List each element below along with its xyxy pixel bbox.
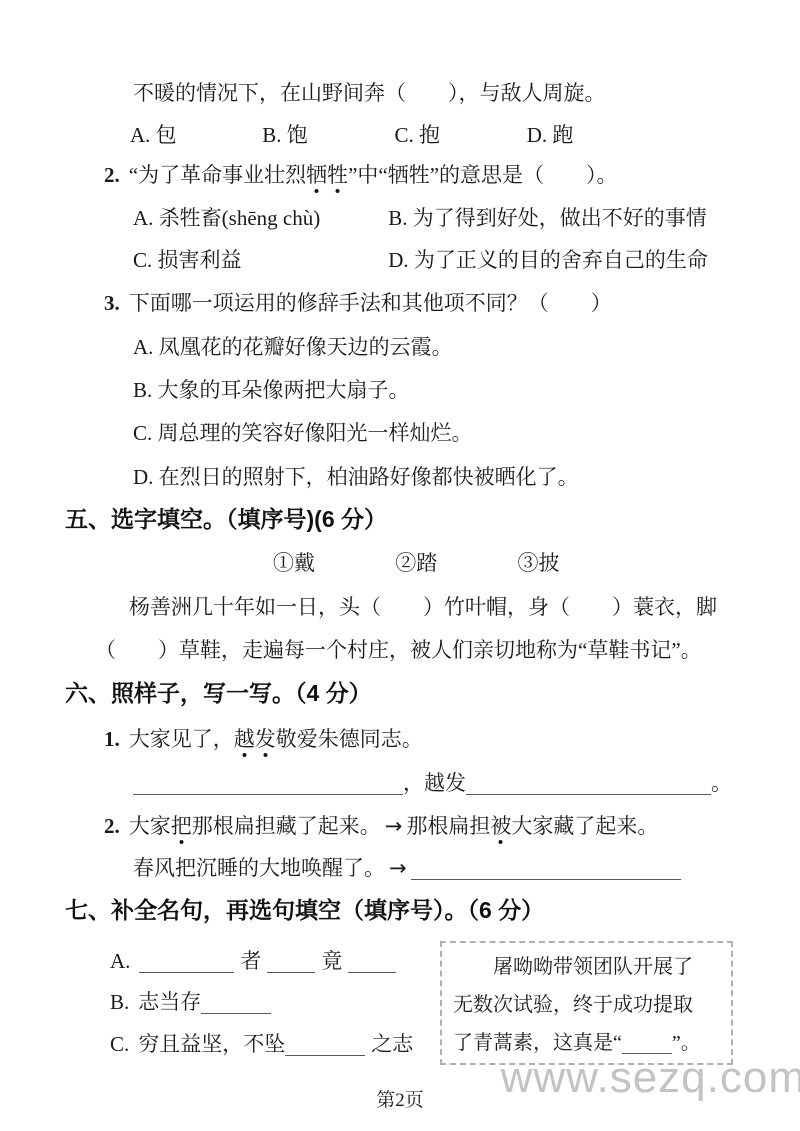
q2-number: 2. <box>104 163 120 187</box>
answer-blank <box>285 1033 365 1056</box>
quote-box-line2: 无数次试验，终于成功提取 <box>453 986 720 1024</box>
q2-stem: 2.“为了革命事业壮烈牺牲”中“牺牲”的意思是（ ）。 <box>104 154 618 197</box>
section6-item2-number: 2. <box>104 814 120 838</box>
section7-item-a-text1: 者 <box>240 949 261 973</box>
section6-item1: 1.大家见了，越发敬爱朱德同志。 <box>104 718 423 761</box>
q2-options-cd: C. 损害利益 D. 为了正义的目的舍弃自己的生命 <box>133 239 708 282</box>
section6-item2-line2-text: 春风把沉睡的大地唤醒了。 <box>133 856 385 880</box>
q2-stem-post: ”中“牺牲”的意思是（ ）。 <box>348 163 617 187</box>
section6-heading: 六、照样子，写一写。（4 分） <box>65 672 372 715</box>
section6-item2-emphasized-ba: 把 <box>171 816 192 837</box>
q3-stem-text: 下面哪一项运用的修辞手法和其他项不同？（ ） <box>129 291 612 315</box>
section6-item2-mid2: 那根扁担 <box>406 814 490 838</box>
arrow-icon: → <box>389 856 407 880</box>
q3-option-c: C. 周总理的笑容好像阳光一样灿烂。 <box>133 412 473 455</box>
section7-item-c-label: C. <box>110 1032 129 1056</box>
q2-options-ab: A. 杀牲畜(shēng chù) B. 为了得到好处，做出不好的事情 <box>133 197 707 240</box>
q3-option-b: B. 大象的耳朵像两把大扇子。 <box>133 369 410 412</box>
quote-box-line3-post: ”。 <box>672 1032 701 1054</box>
watermark: www.sezq.com <box>501 1056 800 1100</box>
q2-stem-pre: “为了革命事业壮烈 <box>129 163 306 187</box>
section6-item1-post: 敬爱朱德同志。 <box>276 727 423 751</box>
section5-passage-line1: 杨善洲几十年如一日，头（ ）竹叶帽，身（ ）蓑衣，脚 <box>129 586 717 629</box>
answer-blank <box>133 772 403 795</box>
answer-blank <box>348 950 396 973</box>
q3-option-a: A. 凤凰花的花瓣好像天边的云霞。 <box>133 326 453 369</box>
q1-options: A. 包 B. 饱 C. 抱 D. 跑 <box>130 114 654 157</box>
q2-option-b: B. 为了得到好处，做出不好的事情 <box>388 206 707 230</box>
answer-blank <box>411 857 681 880</box>
section7-heading: 七、补全名句，再选句填空（填序号）。（6 分） <box>65 889 544 932</box>
section5-choice-1: ①戴 <box>273 542 390 585</box>
answer-blank <box>139 950 234 973</box>
section5-choice-3: ③披 <box>518 542 635 585</box>
q1-option-d: D. 跑 <box>527 114 654 157</box>
section7-item-b: B.志当存 <box>110 981 271 1024</box>
q1-option-b: B. 饱 <box>262 114 389 157</box>
section7-item-a-label: A. <box>110 949 130 973</box>
q2-option-d: D. 为了正义的目的舍弃自己的生命 <box>388 248 708 272</box>
section7-item-c-text2: 之志 <box>371 1032 413 1056</box>
exam-page: 不暖的情况下，在山野间奔（ ），与敌人周旋。 A. 包 B. 饱 C. 抱 D.… <box>0 0 800 1131</box>
q1-option-a: A. 包 <box>130 114 257 157</box>
section6-item2-emphasized-bei: 被 <box>490 816 511 837</box>
answer-blank <box>622 1031 672 1054</box>
section6-item1-number: 1. <box>104 727 120 751</box>
quote-box-line1: 屠呦呦带领团队开展了 <box>453 948 720 986</box>
quote-box-line3-pre: 了青蒿素，这真是“ <box>453 1032 622 1054</box>
section6-item2-mid1: 那根扁担藏了起来。 <box>192 814 381 838</box>
section7-item-c-text1: 穷且益坚，不坠 <box>138 1032 285 1056</box>
q2-option-a: A. 杀牲畜(shēng chù) <box>133 197 383 240</box>
q3-number: 3. <box>104 291 120 315</box>
section7-item-c: C.穷且益坚，不坠之志 <box>110 1023 419 1066</box>
section6-item1-end: 。 <box>711 771 732 795</box>
q2-option-c: C. 损害利益 <box>133 239 383 282</box>
section6-item2: 2.大家把那根扁担藏了起来。→那根扁担被大家藏了起来。 <box>104 805 658 848</box>
quote-box: 屠呦呦带领团队开展了 无数次试验，终于成功提取 了青蒿素，这真是“”。 <box>440 941 733 1065</box>
section5-heading: 五、选字填空。（填序号)(6 分） <box>65 498 387 541</box>
q3-stem: 3.下面哪一项运用的修辞手法和其他项不同？（ ） <box>104 282 612 325</box>
answer-blank <box>466 772 711 795</box>
section6-item1-answer-line: ，越发。 <box>133 762 732 805</box>
section7-item-a-text2: 竟 <box>321 949 342 973</box>
q2-stem-emphasized: 牺牲 <box>306 165 348 186</box>
arrow-icon: → <box>385 814 403 838</box>
section7-item-b-label: B. <box>110 990 129 1014</box>
section6-item1-emphasized: 越发 <box>234 729 276 750</box>
section6-item2-post: 大家藏了起来。 <box>511 814 658 838</box>
section6-item2-pre: 大家 <box>129 814 171 838</box>
section5-choice-2: ②踏 <box>395 542 512 585</box>
section6-item1-pre: 大家见了， <box>129 727 234 751</box>
section5-choices: ①戴 ②踏 ③披 <box>273 542 635 585</box>
q1-option-c: C. 抱 <box>395 114 522 157</box>
section7-item-b-text: 志当存 <box>138 990 201 1014</box>
answer-blank <box>267 950 315 973</box>
section6-item2-line2: 春风把沉睡的大地唤醒了。→ <box>133 847 681 890</box>
q1-stem: 不暖的情况下，在山野间奔（ ），与敌人周旋。 <box>133 72 606 115</box>
section6-item1-mid: ，越发 <box>403 771 466 795</box>
answer-blank <box>201 991 271 1014</box>
section7-item-a: A.者竟 <box>110 940 396 983</box>
section5-passage-line2: （ ）草鞋，走遍每一个村庄，被人们亲切地称为“草鞋书记”。 <box>95 629 702 672</box>
q3-option-d: D. 在烈日的照射下，柏油路好像都快被晒化了。 <box>133 456 579 499</box>
